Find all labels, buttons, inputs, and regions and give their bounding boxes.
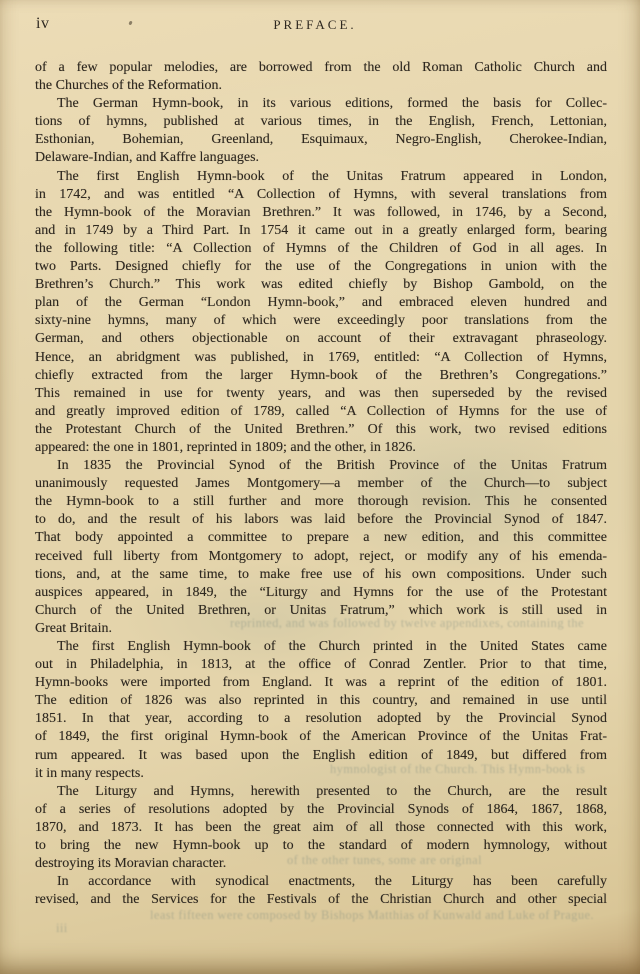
text-line: Church of the United Brethren, or Unitas… <box>35 602 607 620</box>
text-line: two Parts. Designed chiefly for the use … <box>35 258 607 276</box>
text-line: sixty-nine hymns, many of which were exc… <box>35 312 607 330</box>
running-head-title: PREFACE. <box>0 17 630 33</box>
text-line: plan of the German “London Hymn-book,” a… <box>35 294 607 312</box>
text-line: of 1849, the first original Hymn-book of… <box>35 728 607 746</box>
text-line: The Liturgy and Hymns, herewith presente… <box>35 783 607 801</box>
text-line: out in Philadelphia, in 1813, at the off… <box>35 656 607 674</box>
text-line: the Hymn-book to a still further and mor… <box>35 493 607 511</box>
page-header: iv PREFACE. <box>0 0 640 37</box>
text-line: Esthonian, Bohemian, Greenland, Esquimau… <box>35 131 607 149</box>
text-line: In 1835 the Provincial Synod of the Brit… <box>35 457 607 475</box>
text-line: the Protestant Church of the United Bret… <box>35 421 607 439</box>
text-line: 1851. In that year, according to a resol… <box>35 710 607 728</box>
text-line: The first English Hymn-book of the Churc… <box>35 638 607 656</box>
text-block: of a few popular melodies, are borrowed … <box>0 37 640 909</box>
text-line: auspices appeared, in 1849, the “Liturgy… <box>35 584 607 602</box>
text-line: German, and others objectionable on acco… <box>35 330 607 348</box>
text-line: revised, and the Services for the Festiv… <box>35 891 607 909</box>
text-line: In accordance with synodical enactments,… <box>35 873 607 891</box>
text-line: and greatly improved edition of 1789, ca… <box>35 403 607 421</box>
text-line: it in many respects. <box>35 765 607 783</box>
text-line: Hymn-books were imported from England. I… <box>35 674 607 692</box>
book-page-scan: reprinted, and was followed by twelve ap… <box>0 0 640 974</box>
text-line: of a few popular melodies, are borrowed … <box>35 59 607 77</box>
text-line: chiefly extracted from the larger Hymn-b… <box>35 367 607 385</box>
text-line: destroying its Moravian character. <box>35 855 607 873</box>
text-line: of a series of resolutions adopted by th… <box>35 801 607 819</box>
text-line: in 1742, and was entitled “A Collection … <box>35 186 607 204</box>
text-line: tions, and, at the same time, to make fr… <box>35 566 607 584</box>
text-line: received full liberty from Montgomery to… <box>35 548 607 566</box>
text-line: tions of hymns, published at various tim… <box>35 113 607 131</box>
text-line: the Churches of the Reformation. <box>35 77 607 95</box>
text-line: Hence, an abridgment was published, in 1… <box>35 349 607 367</box>
text-line: The German Hymn-book, in its various edi… <box>35 95 607 113</box>
text-line: to bring the new Hymn-book up to the sta… <box>35 837 607 855</box>
text-line: That body appointed a committee to prepa… <box>35 529 607 547</box>
text-line: The first English Hymn-book of the Unita… <box>35 168 607 186</box>
text-line: The edition of 1826 was also reprinted i… <box>35 692 607 710</box>
bleedthrough-text: iii <box>56 921 68 936</box>
text-line: the following title: “A Collection of Hy… <box>35 240 607 258</box>
text-line: 1870, and 1873. It has been the great ai… <box>35 819 607 837</box>
text-line: to do, and the result of his labors was … <box>35 511 607 529</box>
text-line: the Hymn-book of the Moravian Brethren.”… <box>35 204 607 222</box>
text-line: This remained in use for twenty years, a… <box>35 385 607 403</box>
text-line: Delaware-Indian, and Kaffre languages. <box>35 149 607 167</box>
bleedthrough-text: least fifteen were composed by Bishops M… <box>150 908 594 923</box>
text-line: unanimously requested James Montgomery—a… <box>35 475 607 493</box>
text-line: rum appeared. It was based upon the Engl… <box>35 747 607 765</box>
text-line: appeared: the one in 1801, reprinted in … <box>35 439 607 457</box>
text-line: Brethren’s Church.” This work was edited… <box>35 276 607 294</box>
text-line: and in 1749 by a Third Part. In 1754 it … <box>35 222 607 240</box>
text-line: Great Britain. <box>35 620 607 638</box>
